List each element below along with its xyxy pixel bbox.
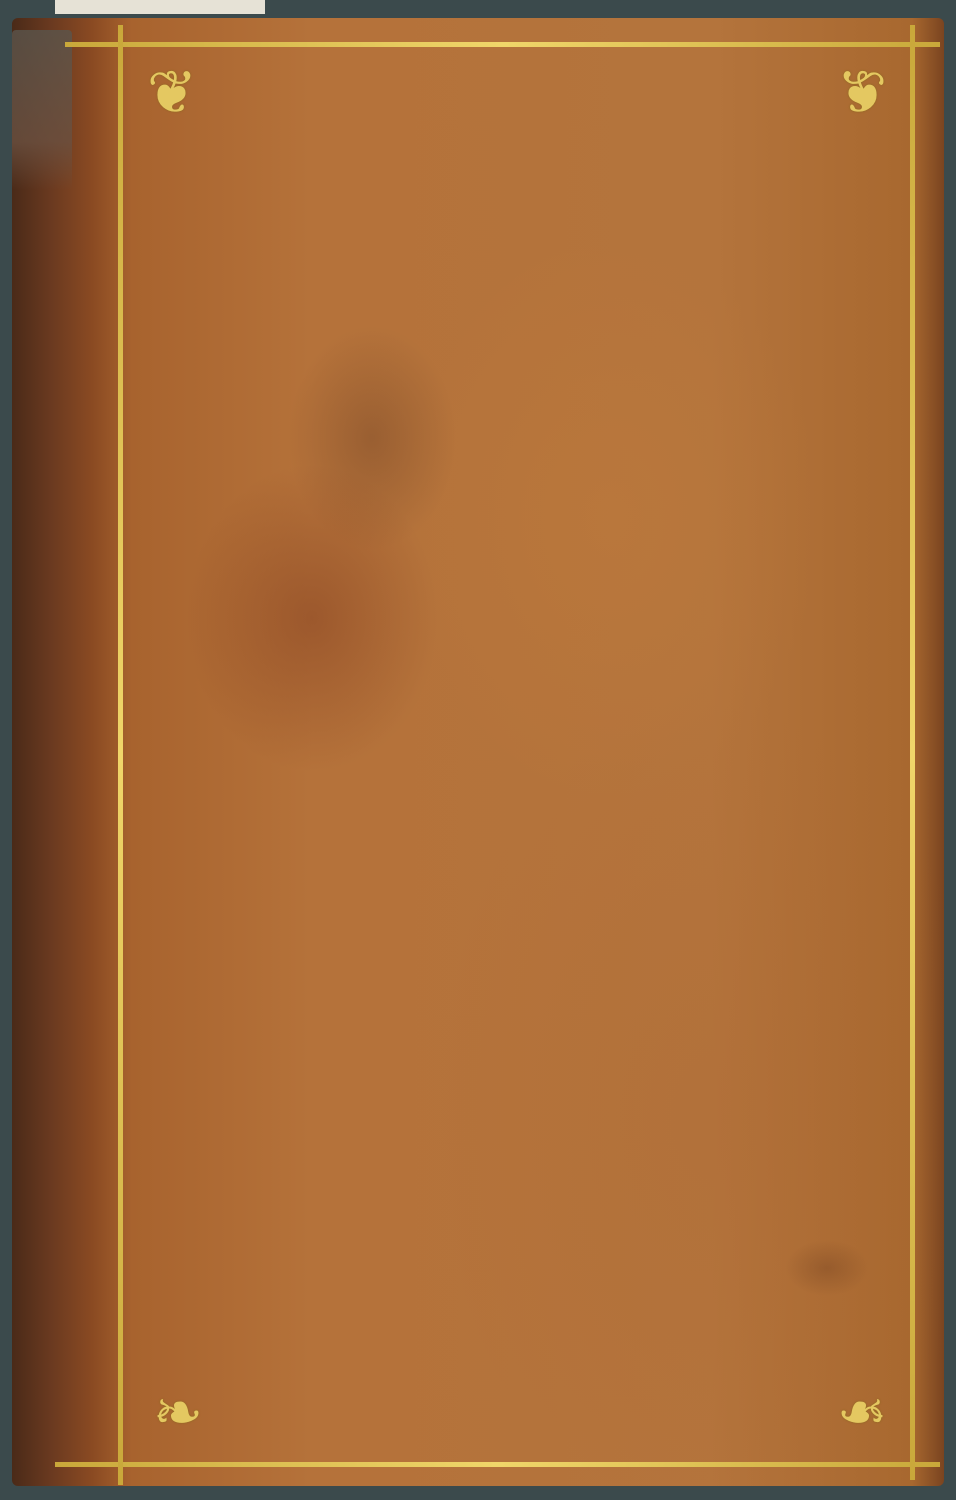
book-cover [12,18,944,1486]
gilt-rule-top [65,42,940,47]
gilt-rule-right [910,25,915,1480]
gilt-rule-bottom [55,1462,940,1467]
corner-ornament-bottom-left-icon: ❧ [138,1370,218,1455]
corner-ornament-top-left-icon: ❦ [132,50,212,135]
corner-ornament-bottom-right-icon: ❧ [822,1370,902,1455]
gilt-rule-left [118,25,123,1485]
corner-ornament-top-right-icon: ❦ [822,50,902,135]
spine-wear [12,30,72,190]
page-edge-paper [55,0,265,14]
